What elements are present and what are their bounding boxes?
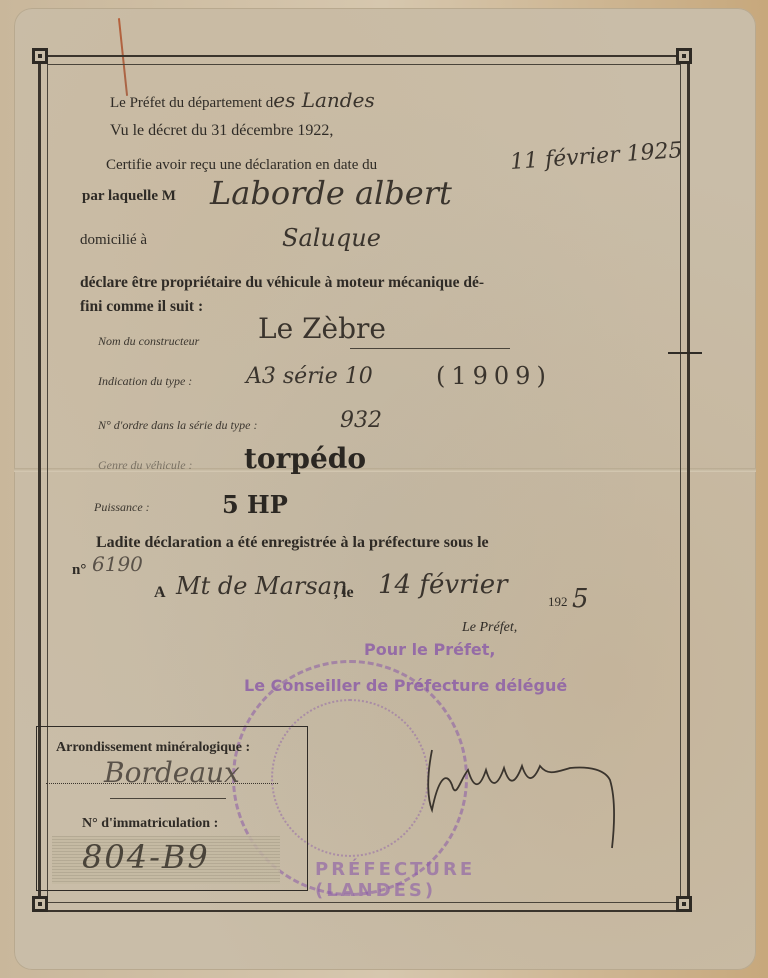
ordre-label: N° d'ordre dans la série du type : — [98, 418, 257, 433]
numero-label: n° — [72, 562, 86, 579]
year-handwritten-digit: 5 — [572, 584, 589, 614]
prefet-line: Le Préfet du département des Landes — [110, 88, 375, 112]
immatriculation-handwritten: 804-B9 — [82, 838, 210, 876]
le-label: , le — [334, 584, 354, 602]
certifie-line: Certifie avoir reçu une déclaration en d… — [106, 157, 377, 174]
year-printed: 192 — [548, 594, 568, 610]
arrondissement-dotted-line — [46, 783, 278, 784]
place-handwritten: Mt de Marsan — [176, 572, 347, 600]
puissance-handwritten: 5 HP — [222, 490, 288, 519]
prefet-printed-text: Le Préfet du département d — [110, 95, 273, 111]
departement-handwritten: es Landes — [273, 88, 374, 112]
numero-handwritten: 6190 — [92, 552, 143, 576]
domicile-handwritten: Saluque — [282, 224, 381, 252]
place-prefix: A — [154, 584, 166, 602]
type-label: Indication du type : — [98, 374, 192, 389]
prefect-signature-icon — [420, 740, 640, 850]
corner-ornament-icon — [676, 896, 692, 912]
corner-ornament-icon — [676, 48, 692, 64]
corner-ornament-icon — [32, 48, 48, 64]
puissance-label: Puissance : — [94, 500, 150, 515]
registration-line: Ladite déclaration a été enregistrée à l… — [96, 534, 489, 552]
declaration-line-2: fini comme il suit : — [80, 298, 203, 316]
decret-line: Vu le décret du 31 décembre 1922, — [110, 122, 333, 140]
owner-name-handwritten: Laborde albert — [210, 174, 452, 212]
constructeur-label: Nom du constructeur — [98, 334, 199, 349]
par-laquelle-label: par laquelle M — [82, 188, 176, 205]
le-prefet-label: Le Préfet, — [462, 620, 517, 636]
immatriculation-label: N° d'immatriculation : — [82, 816, 218, 832]
stamp-circular-text: PRÉFECTURE (LANDES) — [315, 859, 475, 901]
margin-dash-mark — [668, 352, 702, 354]
declaration-line-1: déclare être propriétaire du véhicule à … — [80, 274, 484, 292]
underline-stroke — [350, 348, 510, 349]
genre-label: Genre du véhicule : — [98, 458, 193, 473]
genre-handwritten: torpédo — [244, 442, 366, 475]
separator-line — [110, 798, 226, 799]
arrondissement-handwritten: Bordeaux — [104, 756, 240, 789]
year-handwritten: (1909) — [436, 362, 552, 390]
domicile-label: domicilié à — [80, 232, 147, 249]
constructeur-handwritten: Le Zèbre — [258, 312, 386, 345]
arrondissement-label: Arrondissement minéralogique : — [56, 740, 250, 756]
type-handwritten: A3 série 10 — [246, 364, 373, 389]
date-handwritten: 14 février — [378, 570, 508, 600]
stamp-pour-le-prefet: Pour le Préfet, — [364, 640, 495, 659]
corner-ornament-icon — [32, 896, 48, 912]
ordre-handwritten: 932 — [340, 408, 382, 433]
